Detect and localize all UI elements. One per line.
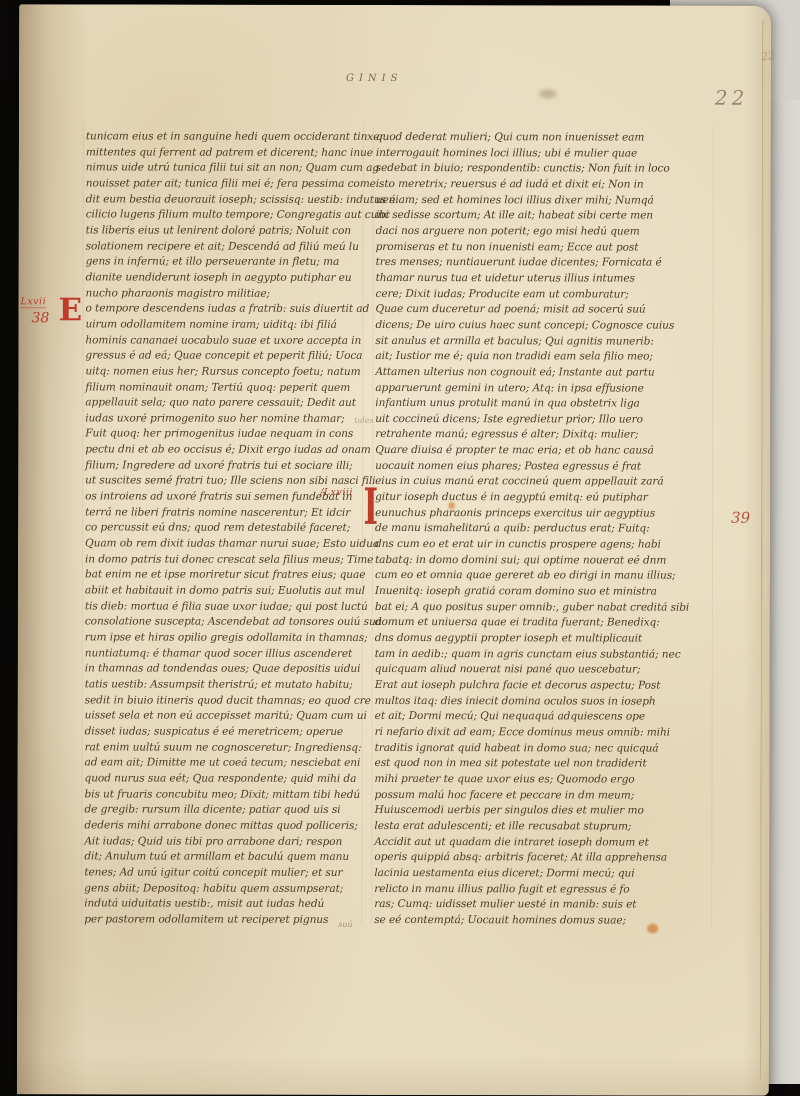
text-line: tres menses; nuntiauerunt iudae dicentes… — [376, 256, 710, 272]
text-line: in domo patris tui donec crescat sela fi… — [85, 553, 361, 569]
text-line: uitq: nomen eius her; Rursus concepto fo… — [85, 365, 361, 381]
text-line: tis liberis eius ut lenirent doloré patr… — [86, 224, 362, 240]
running-title: GINIS — [346, 73, 403, 84]
manuscript-page: GINIS 22 22 Lxvii 38 E /Lxviii 39 I tale… — [17, 4, 771, 1084]
text-line: consolatione suscepta; Ascendebat ad ton… — [85, 616, 361, 632]
folio-number-faint: 22 — [760, 49, 775, 63]
text-line: gitur ioseph ductus é in aegyptú emitq: … — [375, 491, 709, 507]
text-line: bat enim ne et ipse moriretur sicut frat… — [85, 569, 361, 585]
text-line: tenes; Ad unú igitur coitú concepit muli… — [84, 866, 360, 882]
text-line: tabatq: in domo domini sui; qui optime n… — [375, 554, 709, 570]
text-line: cere; Dixit iudas; Producite eam ut comb… — [376, 288, 710, 304]
text-line: multos itaq: dies iniecit domina oculos … — [375, 695, 709, 711]
text-line: tis dieb: mortua é filia suae uxor iudae… — [85, 600, 361, 616]
text-line: nouisset pater ait; tunica filii mei é; … — [86, 177, 362, 193]
text-line: uit coccineú dicens; Iste egredietur pri… — [375, 413, 709, 429]
text-line: appellauit sela; quo nato parere cessaui… — [85, 397, 361, 413]
text-line: ad eam ait; Dimitte me ut coeá tecum; ne… — [85, 757, 361, 773]
text-line: apparuerunt gemini in utero; Atq: in ips… — [375, 381, 709, 397]
text-line: ait; Iustior me é; quia non tradidi eam … — [375, 350, 709, 366]
text-line: solationem recipere et ait; Descendá ad … — [86, 240, 362, 256]
text-line: ri nefario dixit ad eam; Ecce dominus me… — [375, 726, 709, 742]
text-line: traditis ignorat quid habeat in domo sua… — [375, 742, 709, 758]
text-line: possum malú hoc facere et peccare in dm … — [374, 789, 708, 805]
text-line: infantium unus protulit manú in qua obst… — [375, 397, 709, 413]
text-line: eunuchus pharaonis princeps exercitus ui… — [375, 507, 709, 523]
text-line: Attamen ulterius non cognouit eá; Instan… — [375, 366, 709, 382]
text-line: rat enim uultú suum ne cognosceretur; In… — [85, 741, 361, 757]
text-line: et ait; Dormi mecú; Qui nequaquá adquies… — [375, 710, 709, 726]
text-line: nucho pharaonis magistro militiae; — [86, 287, 362, 303]
text-line: filium nominauit onam; Tertiú quoq: pepe… — [85, 381, 361, 397]
text-line: dianite uendiderunt ioseph in aegypto pu… — [86, 271, 362, 287]
text-line: isto meretrix; reuersus é ad iudá et dix… — [376, 178, 710, 194]
text-line: Erat aut ioseph pulchra facie et decorus… — [375, 679, 709, 695]
text-line: cum eo et omnia quae gereret ab eo dirig… — [375, 569, 709, 585]
text-line: domum et uniuersa quae ei tradita fueran… — [375, 616, 709, 632]
text-line: nuntiatumq: é thamar quod socer illius a… — [85, 647, 361, 663]
text-line: indutá uiduitatis uestib:, misit aut iud… — [84, 898, 360, 914]
text-line: filium; Ingredere ad uxoré fratris tui e… — [85, 459, 361, 475]
ruling-line — [711, 126, 714, 926]
text-line: Inuenitq: ioseph gratiá coram domino suo… — [375, 585, 709, 601]
text-line: gens in infernú; et illo perseuerante in… — [86, 256, 362, 272]
text-line: Accidit aut ut quadam die intraret iosep… — [374, 835, 708, 851]
text-line: ras; Cumq: uidisset mulier uesté in mani… — [374, 898, 708, 914]
text-line: sedit in biuio itineris quod ducit thamn… — [85, 694, 361, 710]
text-line: mittentes qui ferrent ad patrem et dicer… — [86, 146, 362, 162]
text-line: abiit et habitauit in domo patris sui; E… — [85, 584, 361, 600]
text-line: quod dederat mulieri; Qui cum non inueni… — [376, 131, 710, 147]
text-line: gens abiit; Depositoq: habitu quem assum… — [84, 882, 360, 898]
text-line: pectu dni et ab eo occisus é; Dixit ergo… — [85, 443, 361, 459]
text-line: in thamnas ad tondendas oues; Quae depos… — [85, 663, 361, 679]
text-line: quod nurus sua eét; Qua respondente; qui… — [85, 772, 361, 788]
text-line: uocauit nomen eius phares; Postea egress… — [375, 460, 709, 476]
text-line: dit eum bestia deuorauit ioseph; scissis… — [86, 193, 362, 209]
text-line: sit anulus et armilla et baculus; Qui ag… — [375, 334, 709, 350]
text-line: Quae cum duceretur ad poená; misit ad so… — [375, 303, 709, 319]
text-line: lacinia uestamenta eius diceret; Dormi m… — [374, 867, 708, 883]
parchment-stain — [539, 89, 557, 98]
decorated-initial-e: E — [58, 292, 82, 328]
text-line: dicens; De uiro cuius haec sunt concepi;… — [375, 319, 709, 335]
text-line: tatis uestib: Assumpsit theristrú; et mu… — [85, 678, 361, 694]
text-line: thamar nurus tua et uidetur uterus illiu… — [376, 272, 710, 288]
text-line: retrahente manú; egressus é alter; Dixit… — [375, 428, 709, 444]
text-line: iudas uxoré primogenito suo her nomine t… — [85, 412, 361, 428]
text-line: terrá ne liberi fratris nomine nascerent… — [85, 506, 361, 522]
text-line: ibi sedisse scortum; At ille ait; habeat… — [376, 209, 710, 225]
text-line: Huiuscemodi uerbis per singulos dies et … — [374, 804, 708, 820]
chapter-rubric-roman-38: Lxvii — [21, 296, 47, 308]
text-line: cilicio lugens filium multo tempore; Con… — [86, 209, 362, 225]
text-column-left: tunicam eius et in sanguine hedi quem oc… — [84, 130, 362, 929]
text-column-right: quod dederat mulieri; Qui cum non inueni… — [374, 131, 710, 930]
text-line: os introiens ad uxoré fratris sui semen … — [85, 490, 361, 506]
text-line: uisset sela et non eú accepisset maritú;… — [85, 710, 361, 726]
text-line: co percussit eú dns; quod rem detestabil… — [85, 522, 361, 538]
text-line: dns cum eo et erat uir in cunctis prospe… — [375, 538, 709, 554]
text-line: ueniam; sed et homines loci illius dixer… — [376, 194, 710, 210]
text-line: relicto in manu illius pallio fugit et e… — [374, 882, 708, 898]
text-line: eius in cuius manú erat coccineú quem ap… — [375, 475, 709, 491]
text-line: Quare diuisa é propter te mac eria; et o… — [375, 444, 709, 460]
folio-number-pencil: 22 — [715, 86, 749, 110]
chapter-number-38: 38 — [31, 310, 49, 326]
text-line: ut suscites semé fratri tuo; Ille sciens… — [85, 475, 361, 491]
text-line: est quod non in mea sit potestate uel no… — [375, 757, 709, 773]
text-line: tam in aedib:; quam in agris cunctam eiu… — [375, 648, 709, 664]
text-line: per pastorem odollamitem ut reciperet pi… — [84, 913, 360, 929]
text-line: dns domus aegyptii propter ioseph et mul… — [375, 632, 709, 648]
text-line: tunicam eius et in sanguine hedi quem oc… — [86, 130, 362, 146]
text-line: bis ut fruaris concubitu meo; Dixit; mit… — [84, 788, 360, 804]
text-line: rum ipse et hiras opilio gregis odollami… — [85, 631, 361, 647]
text-line: sedebat in biuio; respondentib: cunctis;… — [376, 162, 710, 178]
text-line: dederis mihi arrabone donec mittas quod … — [84, 819, 360, 835]
text-line: Quam ob rem dixit iudas thamar nurui sua… — [85, 537, 361, 553]
text-line: o tempore descendens iudas a fratrib: su… — [85, 303, 361, 319]
parchment-stain — [448, 502, 455, 509]
text-line: de manu ismahelitarú a quib: perductus e… — [375, 522, 709, 538]
parchment-stain — [647, 924, 658, 934]
text-line: lesta erat adulescenti; et ille recusaba… — [374, 820, 708, 836]
text-line: disset iudas; suspicatus é eé meretricem… — [85, 725, 361, 741]
chapter-number-39: 39 — [731, 509, 750, 527]
text-line: interrogauit homines loci illius; ubi é … — [376, 147, 710, 163]
text-line: Fuit quoq: her primogenitus iudae nequam… — [85, 428, 361, 444]
text-line: dit; Anulum tuú et armillam et baculú qu… — [84, 851, 360, 867]
text-line: bat ei; A quo positus super omnib:, gube… — [375, 601, 709, 617]
text-line: hominis cananaei uocabulo suae et uxore … — [85, 334, 361, 350]
text-line: nimus uide utrú tunica filii tui sit an … — [86, 162, 362, 178]
text-line: mihi praeter te quae uxor eius es; Quomo… — [375, 773, 709, 789]
text-line: daci nos arguere non poterit; ego misi h… — [376, 225, 710, 241]
text-line: promiseras et tu non inuenisti eam; Ecce… — [376, 241, 710, 257]
page-edge — [760, 20, 765, 1080]
text-line: Ait iudas; Quid uis tibi pro arrabone da… — [84, 835, 360, 851]
text-line: quicquam aliud nouerat nisi pané quo ues… — [375, 663, 709, 679]
text-line: uirum odollamitem nomine iram; uiditq: i… — [85, 318, 361, 334]
text-line: operis quippiá absq: arbitris faceret; A… — [374, 851, 708, 867]
text-line: de gregib: rursum illa dicente; patiar q… — [84, 804, 360, 820]
text-line: gressus é ad eá; Quae concepit et peperi… — [85, 350, 361, 366]
